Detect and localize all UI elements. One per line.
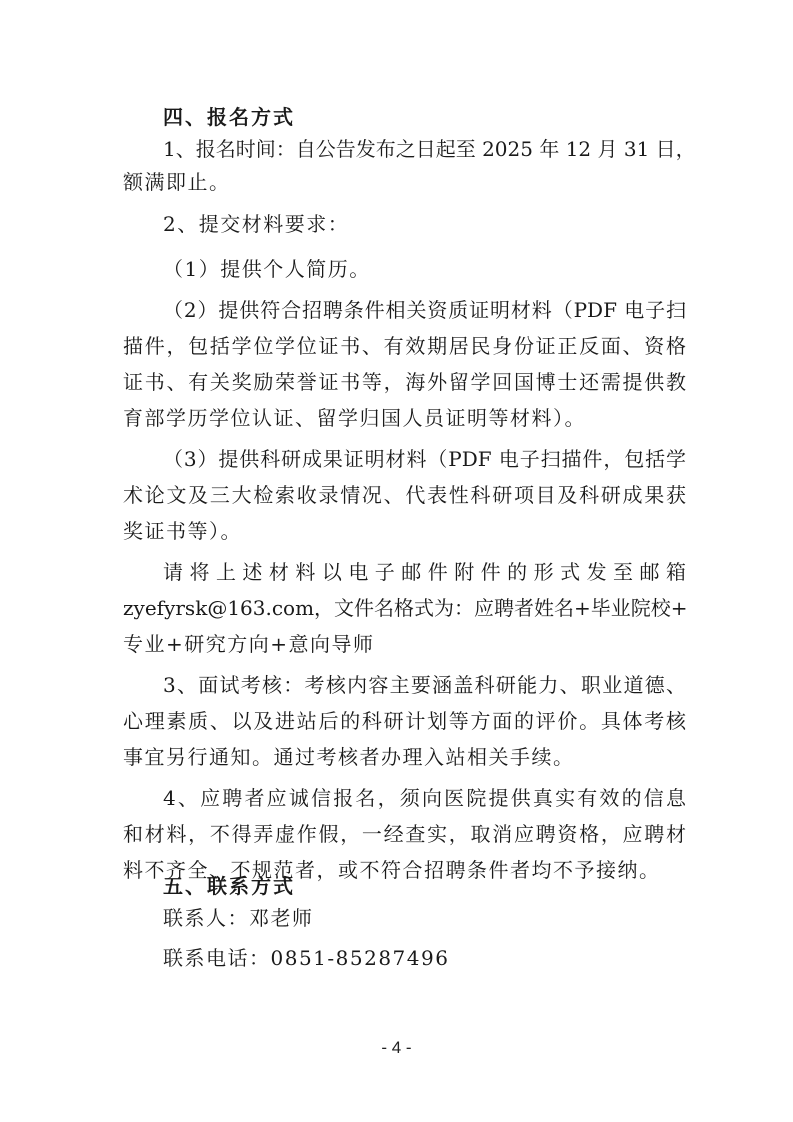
material-item-3-line-1: （3）提供科研成果证明材料（PDF 电子扫描件，包括学 [163,446,686,472]
email-instruction-line-1: 请将上述材料以电子邮件附件的形式发至邮箱 [163,559,686,585]
material-item-1: （1）提供个人简历。 [163,256,371,282]
contact-phone: 联系电话：0851-85287496 [163,945,449,971]
interview-line-1: 3、面试考核：考核内容主要涵盖科研能力、职业道德、 [163,672,686,698]
page-number: - 4 - [0,1038,793,1058]
material-item-3-line-2: 术论文及三大检索收录情况、代表性科研项目及科研成果获 [123,482,686,508]
interview-line-2: 心理素质、以及进站后的科研计划等方面的评价。具体考核 [123,708,686,734]
registration-time-line-2: 额满即止。 [123,169,231,195]
interview-line-3: 事宜另行通知。通过考核者办理入站相关手续。 [123,744,575,770]
material-item-2-line-2: 描件，包括学位学位证书、有效期居民身份证正反面、资格 [123,333,686,359]
section-heading-registration: 四、报名方式 [163,104,295,130]
registration-time-line-1: 1、报名时间：自公告发布之日起至 2025 年 12 月 31 日， [163,136,686,162]
section-heading-contact: 五、联系方式 [163,873,295,899]
integrity-line-2: 和材料，不得弄虚作假，一经查实，取消应聘资格，应聘材 [123,821,686,847]
material-item-2-line-1: （2）提供符合招聘条件相关资质证明材料（PDF 电子扫 [163,297,686,323]
material-item-2-line-4: 育部学历学位认证、留学归国人员证明等材料）。 [123,405,586,431]
materials-heading: 2、提交材料要求： [163,211,349,237]
contact-person: 联系人：邓老师 [163,905,314,931]
integrity-line-1: 4、应聘者应诚信报名，须向医院提供真实有效的信息 [163,785,686,811]
email-instruction-line-2: zyefyrsk@163.com，文件名格式为：应聘者姓名+毕业院校+ [123,595,686,621]
material-item-2-line-3: 证书、有关奖励荣誉证书等，海外留学回国博士还需提供教 [123,369,686,395]
email-instruction-line-3: 专业+研究方向+意向导师 [123,631,375,657]
material-item-3-line-3: 奖证书等）。 [123,518,242,544]
